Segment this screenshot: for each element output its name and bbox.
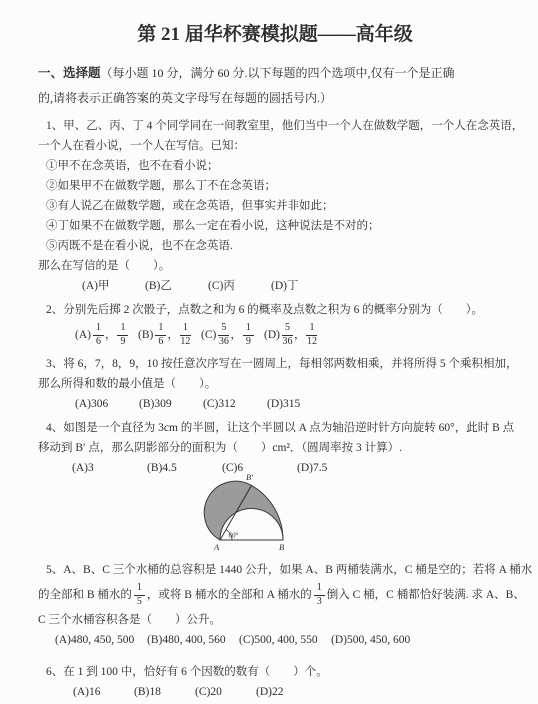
problem-3-stem-line2: 那么所得和数的最小值是（ ）。 xyxy=(38,374,512,394)
option-a: (A)306 xyxy=(75,394,139,414)
option-b: (B)乙 xyxy=(145,276,208,296)
problem-3-stem-line1: 3、将 6，7，8，9，10 按任意次序写在一圆周上，每相邻两数相乘，并将所得 … xyxy=(38,354,512,374)
point-a-label: A xyxy=(213,542,220,552)
fraction: 112 xyxy=(306,323,317,347)
fraction: 536 xyxy=(218,323,229,347)
problem-1-condition-3: ③有人说乙在做数学题，或在念英语，但事实并非如此； xyxy=(38,196,512,216)
problem-4: 4、如图是一个直径为 3cm 的半圆，让这个半圆以 A 点为轴沿逆时针方向旋转 … xyxy=(38,418,512,478)
option-a: (A) 16 ， 19 xyxy=(75,323,138,347)
fraction: 16 xyxy=(93,323,104,347)
option-c: (C)20 xyxy=(195,682,256,702)
fraction: 536 xyxy=(282,323,293,347)
problem-6-stem: 6、在 1 到 100 中，恰好有 6 个因数的数有（ ）个。 xyxy=(38,662,512,682)
problem-5-stem-line1: 5、A、B、C 三个水桶的总容积是 1440 公升，如果 A、B 两桶装满水，C… xyxy=(38,560,512,580)
problem-4-stem-line2: 移动到 B′ 点，那么阴影部分的面积为（ ）cm²．（圆周率按 3 计算）. xyxy=(38,438,512,458)
fraction: 16 xyxy=(155,323,166,347)
problem-5-stem-line2: 的全部和 B 桶水的 15 ，或将 B 桶水的全部和 A 桶水的 13 倒入 C… xyxy=(38,580,512,610)
problem-2: 2、分别先后掷 2 次骰子，点数之和为 6 的概率及点数之积为 6 的概率分别为… xyxy=(38,300,512,350)
option-c: (C)丙 xyxy=(208,276,271,296)
fraction: 19 xyxy=(243,323,254,347)
problem-5: 5、A、B、C 三个水桶的总容积是 1440 公升，如果 A、B 两桶装满水，C… xyxy=(38,560,512,650)
problem-1: 1、甲、乙、丙、丁 4 个同学同在一间教室里，他们当中一个人在做数学题，一个人在… xyxy=(38,116,512,296)
problem-1-condition-4: ④丁如果不在做数学题，那么一定在看小说，这种说法是不对的； xyxy=(38,216,512,236)
problem-4-stem-line1: 4、如图是一个直径为 3cm 的半圆，让这个半圆以 A 点为轴沿逆时针方向旋转 … xyxy=(38,418,512,438)
problem-2-stem: 2、分别先后掷 2 次骰子，点数之和为 6 的概率及点数之积为 6 的概率分别为… xyxy=(38,300,512,320)
fraction: 13 xyxy=(314,583,325,607)
section-heading: 一、选择题（每小题 10 分，满分 60 分.以下每题的四个选项中,仅有一个是正… xyxy=(38,61,512,86)
option-d: (D)22 xyxy=(256,682,317,702)
problem-2-options: (A) 16 ， 19 (B) 16 ， 112 (C) 536 ， 19 (D… xyxy=(38,320,512,350)
problem-1-stem-line1: 1、甲、乙、丙、丁 4 个同学同在一间教室里，他们当中一个人在做数学题，一个人在… xyxy=(38,116,512,136)
option-b: (B)309 xyxy=(139,394,203,414)
problem-1-condition-2: ②如果甲不在做数学题，那么丁不在念英语； xyxy=(38,176,512,196)
fraction: 19 xyxy=(117,323,128,347)
option-b: (B)480, 400, 560 xyxy=(147,630,239,650)
problem-1-options: (A)甲 (B)乙 (C)丙 (D)丁 xyxy=(38,276,512,296)
problem-3: 3、将 6，7，8，9，10 按任意次序写在一圆周上，每相邻两数相乘，并将所得 … xyxy=(38,354,512,414)
option-a: (A)3 xyxy=(72,458,147,478)
section-label: 一、选择题 xyxy=(38,66,101,80)
option-d: (D)丁 xyxy=(271,276,334,296)
option-a: (A)16 xyxy=(73,682,134,702)
section-intro-line2: 的,请将表示正确答案的英文字母写在每题的圆括号内.） xyxy=(38,86,512,111)
page-title: 第 21 届华杯赛模拟题——高年级 xyxy=(38,22,512,48)
problem-5-options: (A)480, 450, 500 (B)480, 400, 560 (C)500… xyxy=(38,630,512,650)
option-c: (C)312 xyxy=(203,394,267,414)
problem-1-condition-1: ①甲不在念英语，也不在看小说； xyxy=(38,156,512,176)
exam-page: 第 21 届华杯赛模拟题——高年级 一、选择题（每小题 10 分，满分 60 分… xyxy=(0,0,538,704)
problem-1-stem-line2: 一个人在看小说，一个人在写信。已知： xyxy=(38,136,512,156)
option-c: (C) 536 ， 19 xyxy=(201,323,264,347)
problem-6-options: (A)16 (B)18 (C)20 (D)22 xyxy=(38,682,512,702)
option-a: (A)甲 xyxy=(82,276,145,296)
problem-1-condition-5: ⑤丙既不是在看小说，也不在念英语. xyxy=(38,236,512,256)
problem-4-figure: 60° A B B′ xyxy=(186,470,512,556)
fraction: 15 xyxy=(134,583,145,607)
option-d: (D)315 xyxy=(267,394,331,414)
option-d: (D)500, 450, 600 xyxy=(331,630,423,650)
problem-6: 6、在 1 到 100 中，恰好有 6 个因数的数有（ ）个。 (A)16 (B… xyxy=(38,662,512,702)
fraction: 112 xyxy=(180,323,191,347)
problem-5-stem-line3: C 三个水桶容积各是（ ）公升。 xyxy=(38,610,512,630)
option-b: (B) 16 ， 112 xyxy=(138,323,201,347)
option-a: (A)480, 450, 500 xyxy=(55,630,147,650)
angle-label: 60° xyxy=(229,532,239,540)
point-b-prime-label: B′ xyxy=(246,472,253,482)
option-d: (D) 536 ， 112 xyxy=(264,323,327,347)
section-intro-line1: （每小题 10 分，满分 60 分.以下每题的四个选项中,仅有一个是正确 xyxy=(101,66,455,80)
semicircle-rotation-figure: 60° A B B′ xyxy=(186,470,318,556)
problem-1-question: 那么在写信的是（ ）。 xyxy=(38,256,512,276)
problem-3-options: (A)306 (B)309 (C)312 (D)315 xyxy=(38,394,512,414)
point-b-label: B xyxy=(279,542,284,552)
option-b: (B)18 xyxy=(134,682,195,702)
option-c: (C)500, 400, 550 xyxy=(239,630,331,650)
